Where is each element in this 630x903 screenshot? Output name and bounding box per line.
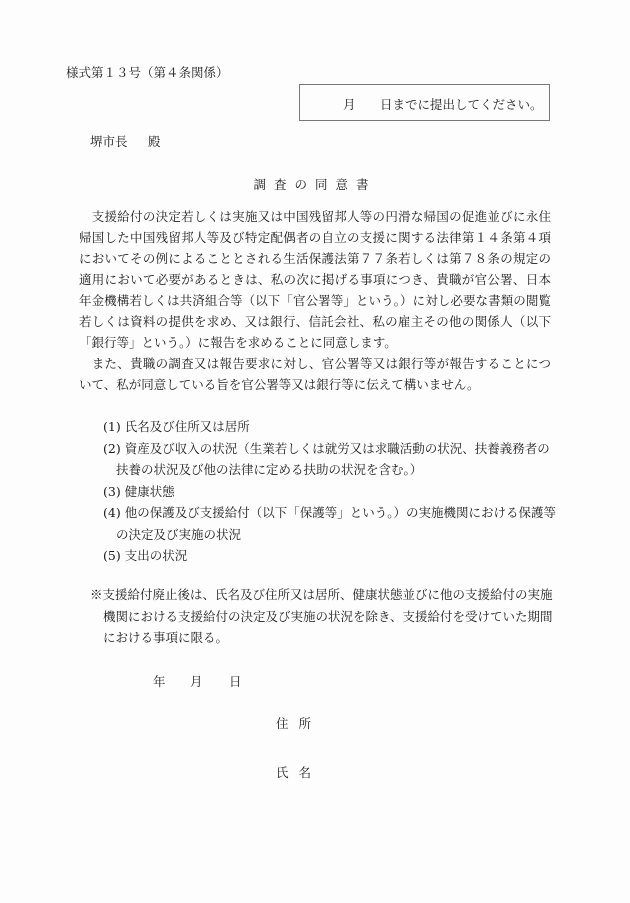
item-number: (5) <box>103 548 121 563</box>
paragraph-line: 年金機構若しくは共済組合等（以下「官公署等」という。）に対し必要な書類の閲覧 <box>79 290 551 311</box>
item-text-continued: の決定及び実施の状況 <box>103 524 553 546</box>
list-item: (4) 他の保護及び支援給付（以下「保護等」という。）の実施機関における保護等 … <box>103 502 553 545</box>
paragraph-line: においてその例によることとされる生活保護法第７７条若しくは第７８条の規定の <box>79 248 551 269</box>
note-paragraph: ※支援給付廃止後は、氏名及び住所又は居所、健康状態並びに他の支援給付の実施 機関… <box>90 584 552 649</box>
list-item: (2) 資産及び収入の状況（生業若しくは就労又は求職活動の状況、扶養義務者の 扶… <box>103 438 553 481</box>
consent-paragraph-1: 支援給付の決定若しくは実施又は中国残留邦人等の円滑な帰国の促進並びに永住 帰国し… <box>79 206 551 353</box>
paragraph-line: 「銀行等」という。）に報告を求めることに同意します。 <box>79 332 551 353</box>
form-number: 様式第１３号（第４条関係） <box>66 63 229 81</box>
date-year-label: 年 <box>153 672 166 690</box>
document-title: 調査の同意書 <box>0 175 630 193</box>
note-line: における事項に限る。 <box>90 627 552 649</box>
date-day-label: 日 <box>229 672 242 690</box>
note-line: 機関における支援給付の決定及び実施の状況を除き、支援給付を受けていた期間 <box>90 606 552 628</box>
item-text-continued: 扶養の状況及び他の法律に定める扶助の状況を含む。） <box>103 459 553 481</box>
paragraph-line: 支援給付の決定若しくは実施又は中国残留邦人等の円滑な帰国の促進並びに永住 <box>79 206 551 227</box>
item-number: (3) <box>103 484 121 499</box>
item-text: 他の保護及び支援給付（以下「保護等」という。）の実施機関における保護等 <box>125 505 556 520</box>
name-label: 氏名 <box>276 763 321 781</box>
date-month-label: 月 <box>190 672 203 690</box>
item-text: 健康状態 <box>125 484 175 499</box>
paragraph-line: 適用において必要があるときは、私の次に掲げる事項につき、貴職が官公署、日本 <box>79 269 551 290</box>
consent-items-list: (1) 氏名及び住所又は居所 (2) 資産及び収入の状況（生業若しくは就労又は求… <box>103 416 553 567</box>
addressee-honorific: 殿 <box>148 132 161 150</box>
item-text: 資産及び収入の状況（生業若しくは就労又は求職活動の状況、扶養義務者の <box>125 441 550 456</box>
item-number: (1) <box>103 419 121 434</box>
paragraph-line: また、貴職の調査又は報告要求に対し、官公署等又は銀行等が報告することにつ <box>79 353 551 374</box>
paragraph-line: 若しくは資料の提供を求め、又は銀行、信託会社、私の雇主その他の関係人（以下 <box>79 311 551 332</box>
paragraph-line: 帰国した中国残留邦人等及び特定配偶者の自立の支援に関する法律第１４条第４項 <box>79 227 551 248</box>
item-number: (4) <box>103 505 121 520</box>
consent-paragraph-2: また、貴職の調査又は報告要求に対し、官公署等又は銀行等が報告することにつ いて、… <box>79 353 551 395</box>
list-item: (1) 氏名及び住所又は居所 <box>103 416 553 438</box>
deadline-month-label: 月 <box>343 95 356 113</box>
item-number: (2) <box>103 441 121 456</box>
address-label: 住所 <box>276 714 321 732</box>
paragraph-line: いて、私が同意している旨を官公署等又は銀行等に伝えて構いません。 <box>79 374 551 395</box>
item-text: 支出の状況 <box>125 548 188 563</box>
deadline-text: 日までに提出してください。 <box>380 95 543 113</box>
addressee-name: 堺市長 <box>90 132 128 150</box>
note-line: ※支援給付廃止後は、氏名及び住所又は居所、健康状態並びに他の支援給付の実施 <box>90 584 552 606</box>
item-text: 氏名及び住所又は居所 <box>125 419 250 434</box>
list-item: (5) 支出の状況 <box>103 545 553 567</box>
list-item: (3) 健康状態 <box>103 481 553 503</box>
